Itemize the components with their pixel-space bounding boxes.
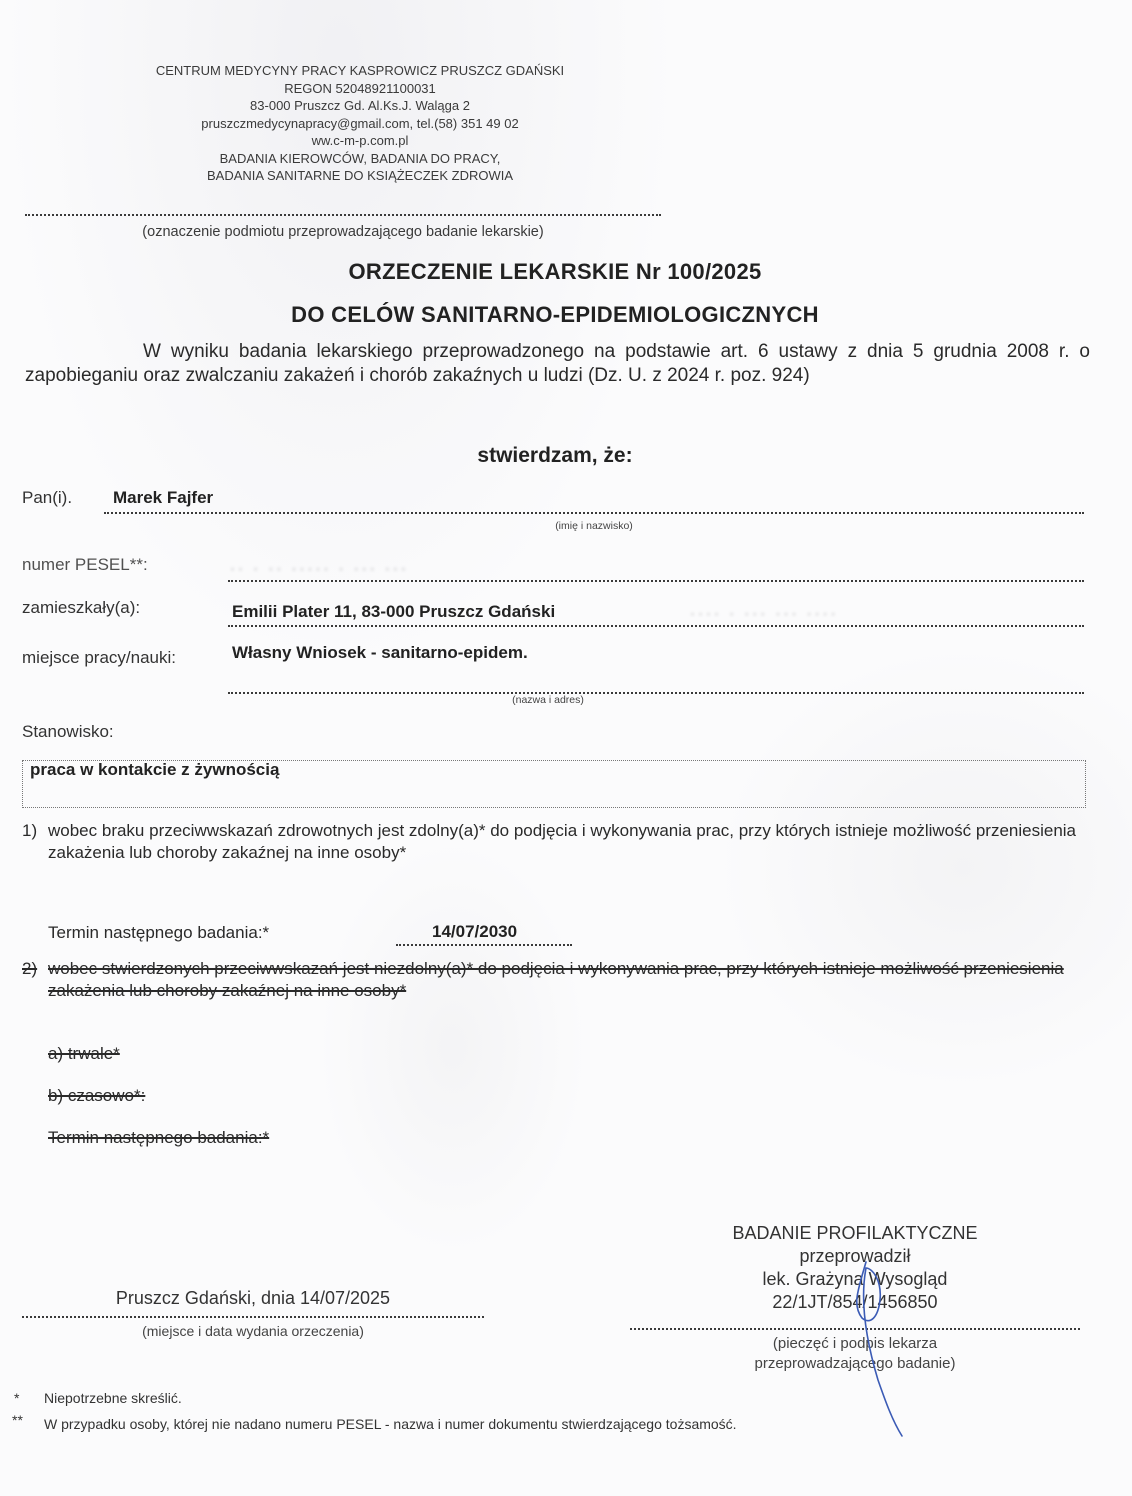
footnote-1-text: Niepotrzebne skreślić. xyxy=(44,1390,182,1406)
legal-basis-text: W wyniku badania lekarskiego przeprowadz… xyxy=(25,341,1090,386)
footnote-1-mark: * xyxy=(14,1390,19,1406)
doctor-stamp: BADANIE PROFILAKTYCZNE przeprowadził lek… xyxy=(630,1222,1080,1314)
document-subtitle: DO CELÓW SANITARNO-EPIDEMIOLOGICZNYCH xyxy=(0,302,1110,328)
doctor-name: lek. Grażyna Wysogląd xyxy=(630,1268,1080,1291)
header-divider xyxy=(25,214,661,216)
clinic-header: CENTRUM MEDYCYNY PRACY KASPROWICZ PRUSZC… xyxy=(60,62,660,185)
issue-place-date: Pruszcz Gdański, dnia 14/07/2025 xyxy=(22,1288,484,1309)
clinic-address: 83-000 Pruszcz Gd. Al.Ks.J. Waląga 2 xyxy=(60,97,660,115)
name-value: Marek Fajfer xyxy=(113,488,213,508)
position-label: Stanowisko: xyxy=(22,722,114,742)
name-line xyxy=(104,512,1084,514)
clinic-regon: REGON 52048921100031 xyxy=(60,80,660,98)
footnote-2-mark: ** xyxy=(12,1412,23,1428)
address-line xyxy=(228,625,1084,627)
workplace-value: Własny Wniosek - sanitarno-epidem. xyxy=(232,643,528,663)
clinic-name: CENTRUM MEDYCYNY PRACY KASPROWICZ PRUSZC… xyxy=(60,62,660,80)
signature-line xyxy=(630,1328,1080,1330)
signature-caption: (pieczęć i podpis lekarza przeprowadzają… xyxy=(630,1334,1080,1374)
name-caption: (imię i nazwisko) xyxy=(104,520,1084,532)
signature-caption-2: przeprowadzającego badanie) xyxy=(630,1354,1080,1374)
next-exam-line xyxy=(396,944,572,946)
doctor-license-number: 22/1JT/854/1456850 xyxy=(630,1291,1080,1314)
pesel-redacted: ·· · ·· ····· · ··· ··· xyxy=(230,560,409,577)
clinic-services-1: BADANIA KIEROWCÓW, BADANIA DO PRACY, xyxy=(60,150,660,168)
option2-next-exam-label: Termin następnego badania:* xyxy=(48,1127,269,1149)
legal-basis-paragraph: W wyniku badania lekarskiego przeprowadz… xyxy=(25,340,1090,388)
document-title: ORZECZENIE LEKARSKIE Nr 100/2025 xyxy=(0,259,1110,285)
signature-caption-1: (pieczęć i podpis lekarza xyxy=(630,1334,1080,1354)
clinic-contact: pruszczmedycynapracy@gmail.com, tel.(58)… xyxy=(60,115,660,133)
option2-temporary: b) czasowo*: xyxy=(48,1085,145,1107)
address-redacted: ···· · ··· ··· ···· xyxy=(690,605,839,622)
header-caption: (oznaczenie podmiotu przeprowadzającego … xyxy=(25,224,661,240)
clinic-website: ww.c-m-p.com.pl xyxy=(60,132,660,150)
clinic-services-2: BADANIA SANITARNE DO KSIĄŻECZEK ZDROWIA xyxy=(60,167,660,185)
option2-permanent: a) trwale* xyxy=(48,1043,120,1065)
option1-text: wobec braku przeciwwskazań zdrowotnych j… xyxy=(48,820,1088,864)
footnote-2-text: W przypadku osoby, której nie nadano num… xyxy=(44,1416,737,1432)
place-date-caption: (miejsce i data wydania orzeczenia) xyxy=(22,1323,484,1339)
stamp-title: BADANIE PROFILAKTYCZNE xyxy=(630,1222,1080,1245)
place-date-line xyxy=(22,1316,484,1318)
statement-heading: stwierdzam, że: xyxy=(0,444,1110,468)
workplace-label: miejsce pracy/nauki: xyxy=(22,648,176,668)
option1-next-exam-date: 14/07/2030 xyxy=(432,922,517,942)
pesel-label: numer PESEL**: xyxy=(22,555,148,575)
position-value: praca w kontakcie z żywnością xyxy=(30,760,279,780)
address-label: zamieszkały(a): xyxy=(22,598,140,618)
option2-number: 2) xyxy=(22,958,37,980)
workplace-caption: (nazwa i adres) xyxy=(228,694,868,706)
pesel-line xyxy=(228,580,1084,582)
stamp-performed-by: przeprowadził xyxy=(630,1245,1080,1268)
address-value: Emilii Plater 11, 83-000 Pruszcz Gdański xyxy=(232,602,555,622)
option1-next-exam-label: Termin następnego badania:* xyxy=(48,922,269,944)
certificate-page: CENTRUM MEDYCYNY PRACY KASPROWICZ PRUSZC… xyxy=(0,0,1132,1496)
name-label: Pan(i). xyxy=(22,488,72,508)
option2-text: wobec stwierdzonych przeciwwskazań jest … xyxy=(48,958,1088,1002)
option1-number: 1) xyxy=(22,820,37,842)
